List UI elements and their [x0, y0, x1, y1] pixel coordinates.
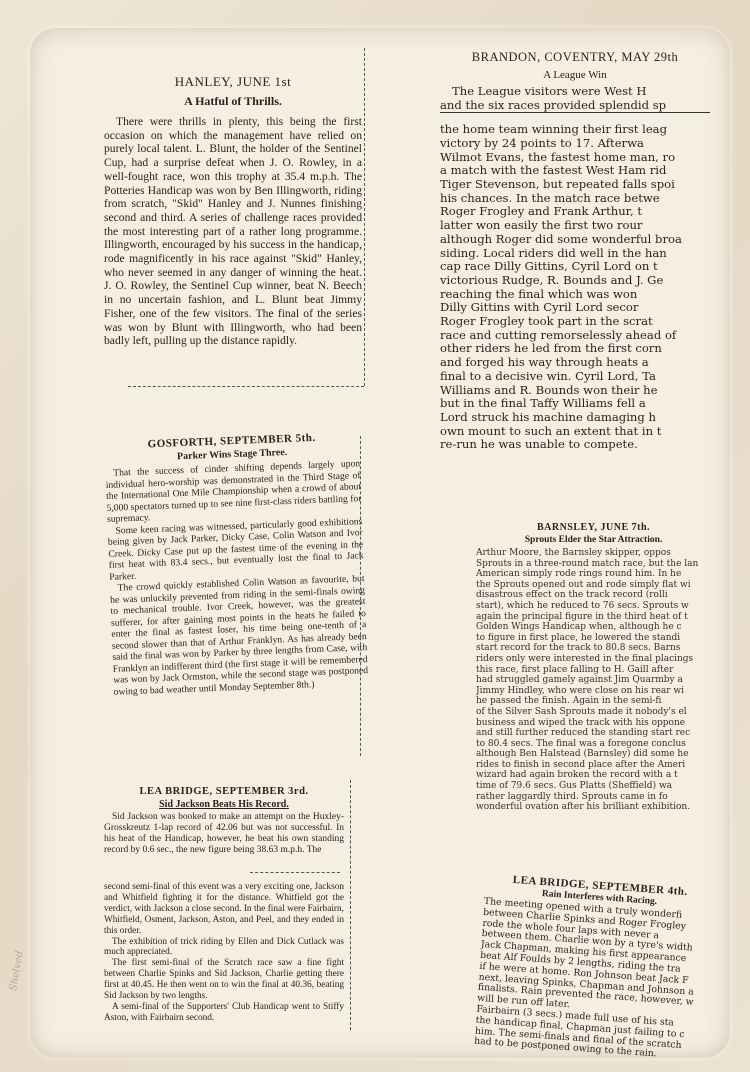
- clipping-lea-bridge-sep4: LEA BRIDGE, SEPTEMBER 4th. Rain Interfer…: [474, 872, 716, 1064]
- clipping-subheading: Sid Jackson Beats His Record.: [104, 799, 344, 810]
- text-line: Jimmy Hindley, who were close on his rea…: [476, 686, 711, 697]
- clipping-body: There were thrills in plenty, this being…: [104, 115, 362, 348]
- text-line: and the six races provided splendid sp: [440, 99, 710, 114]
- text-line: and still further reduced the standing s…: [476, 728, 711, 739]
- clipping-heading: BARNSLEY, JUNE 7th.: [476, 522, 711, 533]
- clipping-heading: BRANDON, COVENTRY, MAY 29th: [440, 50, 710, 65]
- clipping-subheading: A Hatful of Thrills.: [104, 94, 362, 109]
- text-line: although Roger did some wonderful broa: [440, 233, 710, 247]
- text-line: his chances. In the match race betwe: [440, 192, 710, 206]
- clipping-paragraph: second semi-final of this event was a ve…: [104, 882, 344, 937]
- clipping-heading: LEA BRIDGE, SEPTEMBER 3rd.: [104, 786, 344, 797]
- text-line: although Ben Halstead (Barnsley) did som…: [476, 749, 711, 760]
- text-line: riders only were interested in the final…: [476, 654, 711, 665]
- clipping-gosforth: GOSFORTH, SEPTEMBER 5th. Parker Wins Sta…: [104, 430, 369, 698]
- text-line: Roger Frogley and Frank Arthur, t: [440, 205, 710, 219]
- text-line: latter won easily the first two rour: [440, 219, 710, 233]
- text-line: Dilly Gittins with Cyril Lord secor: [440, 301, 710, 315]
- text-line: Williams and R. Bounds won their he: [440, 384, 710, 398]
- text-line: Sprouts in a three-round match race, but…: [476, 559, 711, 570]
- text-line: the home team winning their first leag: [440, 123, 710, 137]
- clipping-hanley: HANLEY, JUNE 1st A Hatful of Thrills. Th…: [104, 74, 362, 348]
- text-line: and forged his way through heats a: [440, 356, 710, 370]
- text-line: final to a decisive win. Cyril Lord, Ta: [440, 370, 710, 384]
- text-line: Lord struck his machine damaging h: [440, 411, 710, 425]
- text-line: to figure in first place, he lowered the…: [476, 633, 711, 644]
- text-line: a match with the fastest West Ham rid: [440, 164, 710, 178]
- text-line: again the principal figure in the third …: [476, 612, 711, 623]
- text-line: Golden Wings Handicap when, although he …: [476, 622, 711, 633]
- cut-line: [360, 436, 361, 756]
- text-line: race and cutting remorselessly ahead of: [440, 329, 710, 343]
- text-line: time of 79.6 secs. Gus Platts (Sheffield…: [476, 781, 711, 792]
- text-line: he passed the finish. Again in the semi-…: [476, 696, 711, 707]
- clipping-subheading: Sprouts Elder the Star Attraction.: [476, 535, 711, 545]
- clipping-intro: Sid Jackson was booked to make an attemp…: [104, 812, 344, 856]
- cut-line: [364, 48, 365, 386]
- text-line: wizard had again broken the record with …: [476, 770, 711, 781]
- text-line: to 80.4 secs. The final was a foregone c…: [476, 739, 711, 750]
- clipping-paragraph: A semi-final of the Supporters' Club Han…: [104, 1002, 344, 1024]
- text-line: American simply rode rings round him. In…: [476, 569, 711, 580]
- cut-line: [250, 872, 340, 873]
- text-line: rather laggardly third. Sprouts came in …: [476, 792, 711, 803]
- text-line: reaching the final which was won: [440, 288, 710, 302]
- text-line: siding. Local riders did well in the han: [440, 247, 710, 261]
- clipping-paragraph: The first semi-final of the Scratch race…: [104, 958, 344, 1002]
- text-line: Roger Frogley took part in the scrat: [440, 315, 710, 329]
- clipping-lea-bridge-sep3: LEA BRIDGE, SEPTEMBER 3rd. Sid Jackson B…: [104, 786, 344, 856]
- text-line: rides to finish in second place after th…: [476, 760, 711, 771]
- text-line: disastrous effect on the track record (r…: [476, 590, 711, 601]
- clipping-body: Arthur Moore, the Barnsley skipper, oppo…: [476, 548, 711, 813]
- text-line: this race, first place falling to H. Gai…: [476, 665, 711, 676]
- text-line: victory by 24 points to 17. Afterwa: [440, 137, 710, 151]
- clipping-paragraph: That the success of cinder shifting depe…: [105, 458, 362, 525]
- text-line: The League visitors were West H: [440, 85, 710, 99]
- clipping-body: the home team winning their first leag v…: [440, 123, 710, 452]
- text-line: wonderful ovation after his brilliant ex…: [476, 802, 711, 813]
- clipping-paragraph: The exhibition of trick riding by Ellen …: [104, 937, 344, 959]
- text-line: Arthur Moore, the Barnsley skipper, oppo…: [476, 548, 711, 559]
- text-line: had struggled gamely against Jim Quarmby…: [476, 675, 711, 686]
- text-line: cap race Dilly Gittins, Cyril Lord on t: [440, 260, 710, 274]
- text-line: victorious Rudge, R. Bounds and J. Ge: [440, 274, 710, 288]
- text-line: start record for the track to 80.8 secs.…: [476, 643, 711, 654]
- text-line: re-run he was unable to compete.: [440, 438, 710, 452]
- clipping-barnsley: BARNSLEY, JUNE 7th. Sprouts Elder the St…: [476, 522, 711, 813]
- text-line: start), which he reduced to 76 secs. Spr…: [476, 601, 711, 612]
- clipping-paragraph: The crowd quickly established Colin Wats…: [109, 573, 368, 698]
- cut-line: [350, 780, 351, 1030]
- text-line: other riders he led from the first corn: [440, 342, 710, 356]
- text-line: business and wiped the track with his op…: [476, 718, 711, 729]
- cut-line: [128, 386, 364, 387]
- text-line: of the Silver Sash Sprouts made it nobod…: [476, 707, 711, 718]
- text-line: Tiger Stevenson, but repeated falls spoi: [440, 178, 710, 192]
- text-line: Wilmot Evans, the fastest home man, ro: [440, 151, 710, 165]
- clipping-heading: HANLEY, JUNE 1st: [104, 74, 362, 90]
- clipping-body: The meeting opened with a truly wonderfi…: [474, 897, 714, 1064]
- text-line: the Sprouts opened out and rode simply f…: [476, 580, 711, 591]
- clipping-intro: The League visitors were West H and the …: [440, 85, 710, 113]
- clipping-brandon: BRANDON, COVENTRY, MAY 29th A League Win…: [440, 50, 710, 452]
- clipping-paragraph: Some keen racing was witnessed, particul…: [107, 516, 364, 583]
- text-line: own mount to such an extent that in t: [440, 425, 710, 439]
- clipping-subheading: A League Win: [440, 69, 710, 81]
- text-line: but in the final Taffy Williams fell a: [440, 397, 710, 411]
- clipping-lea-bridge-sep3-continued: second semi-final of this event was a ve…: [104, 882, 344, 1024]
